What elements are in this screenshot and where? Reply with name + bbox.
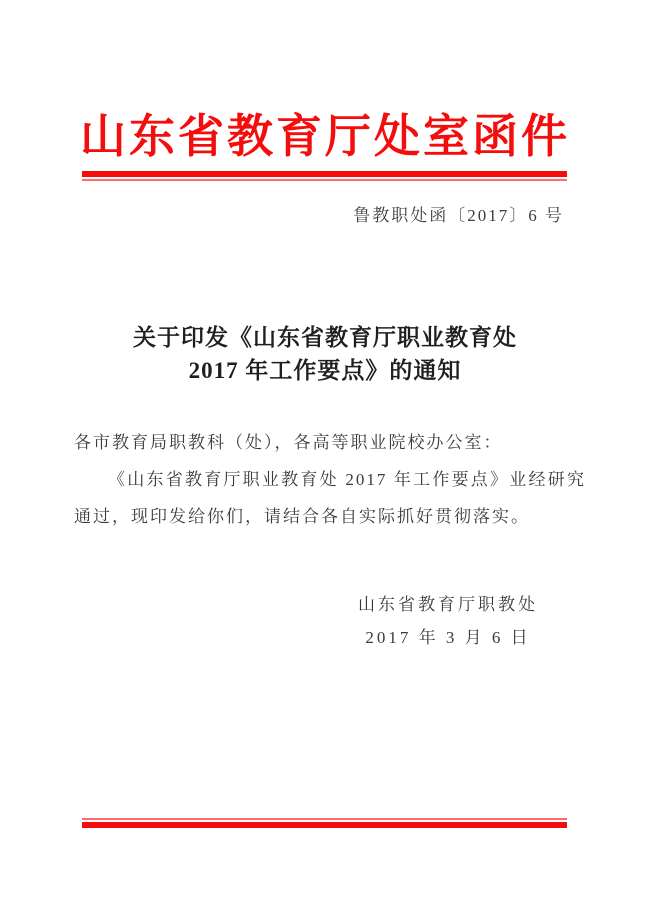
signature-organization: 山东省教育厅职教处 <box>358 588 538 621</box>
salutation: 各市教育局职教科（处），各高等职业院校办公室： <box>74 424 586 461</box>
signature-block: 山东省教育厅职教处 2017 年 3 月 6 日 <box>358 588 538 654</box>
letterhead-divider-rule <box>82 171 567 181</box>
divider-thick-line <box>82 822 567 828</box>
signature-date: 2017 年 3 月 6 日 <box>358 621 538 654</box>
footer-divider-rule <box>82 818 567 828</box>
notice-title: 关于印发《山东省教育厅职业教育处 2017 年工作要点》的通知 <box>0 321 650 387</box>
body-text: 各市教育局职教科（处），各高等职业院校办公室： 《山东省教育厅职业教育处 201… <box>74 424 586 535</box>
document-page: 山东省教育厅处室函件 鲁教职处函〔2017〕6 号 关于印发《山东省教育厅职业教… <box>0 0 650 919</box>
notice-title-line1: 关于印发《山东省教育厅职业教育处 <box>0 321 650 354</box>
notice-title-line2: 2017 年工作要点》的通知 <box>0 354 650 387</box>
letterhead-agency-title: 山东省教育厅处室函件 <box>0 100 650 166</box>
document-number: 鲁教职处函〔2017〕6 号 <box>353 201 564 226</box>
body-paragraph: 《山东省教育厅职业教育处 2017 年工作要点》业经研究通过，现印发给你们，请结… <box>74 461 586 535</box>
divider-thin-line <box>82 179 567 181</box>
